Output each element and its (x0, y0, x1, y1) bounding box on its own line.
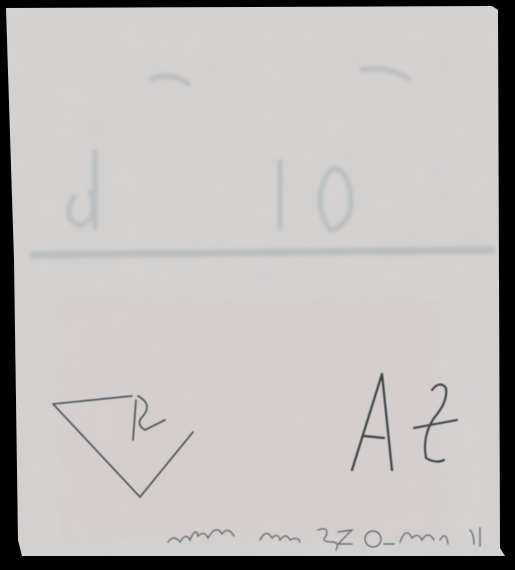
stamp-back (0, 0, 515, 570)
